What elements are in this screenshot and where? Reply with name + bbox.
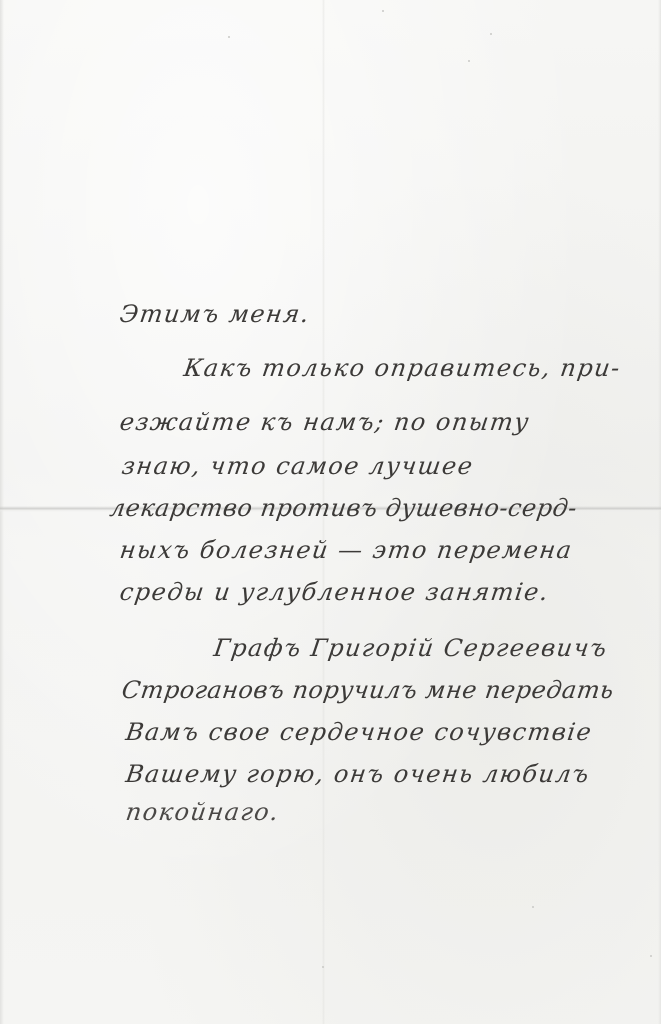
- paper-speck: [382, 10, 384, 12]
- paper-speck: [490, 33, 492, 35]
- handwritten-line: Вашему горю, онъ очень любилъ: [124, 760, 592, 788]
- handwritten-line: Строгановъ поручилъ мне передать: [120, 676, 616, 704]
- handwritten-line: лекарство противъ душевно-серд-: [108, 494, 579, 522]
- handwritten-line: среды и углубленное занятіе.: [118, 578, 551, 606]
- handwritten-line: Этимъ меня.: [118, 300, 312, 328]
- paper-speck: [650, 955, 652, 957]
- handwritten-line: ныхъ болезней — это перемена: [118, 536, 575, 564]
- handwritten-line: покойнаго.: [124, 798, 281, 826]
- paper-speck: [228, 36, 230, 38]
- handwritten-line: Вамъ свое сердечное сочувствіе: [124, 718, 594, 746]
- paper-speck: [532, 906, 534, 908]
- handwritten-line: знаю, что самое лучшее: [120, 452, 475, 480]
- letter-page: Этимъ меня. Какъ только оправитесь, при-…: [0, 0, 661, 1024]
- paper-speck: [468, 60, 470, 62]
- handwritten-line: Графъ Григорій Сергеевичъ: [212, 634, 610, 662]
- paper-edge-left: [0, 0, 4, 1024]
- handwritten-line: езжайте къ намъ; по опыту: [118, 408, 532, 436]
- paper-speck: [322, 966, 324, 968]
- handwritten-line: Какъ только оправитесь, при-: [182, 354, 623, 382]
